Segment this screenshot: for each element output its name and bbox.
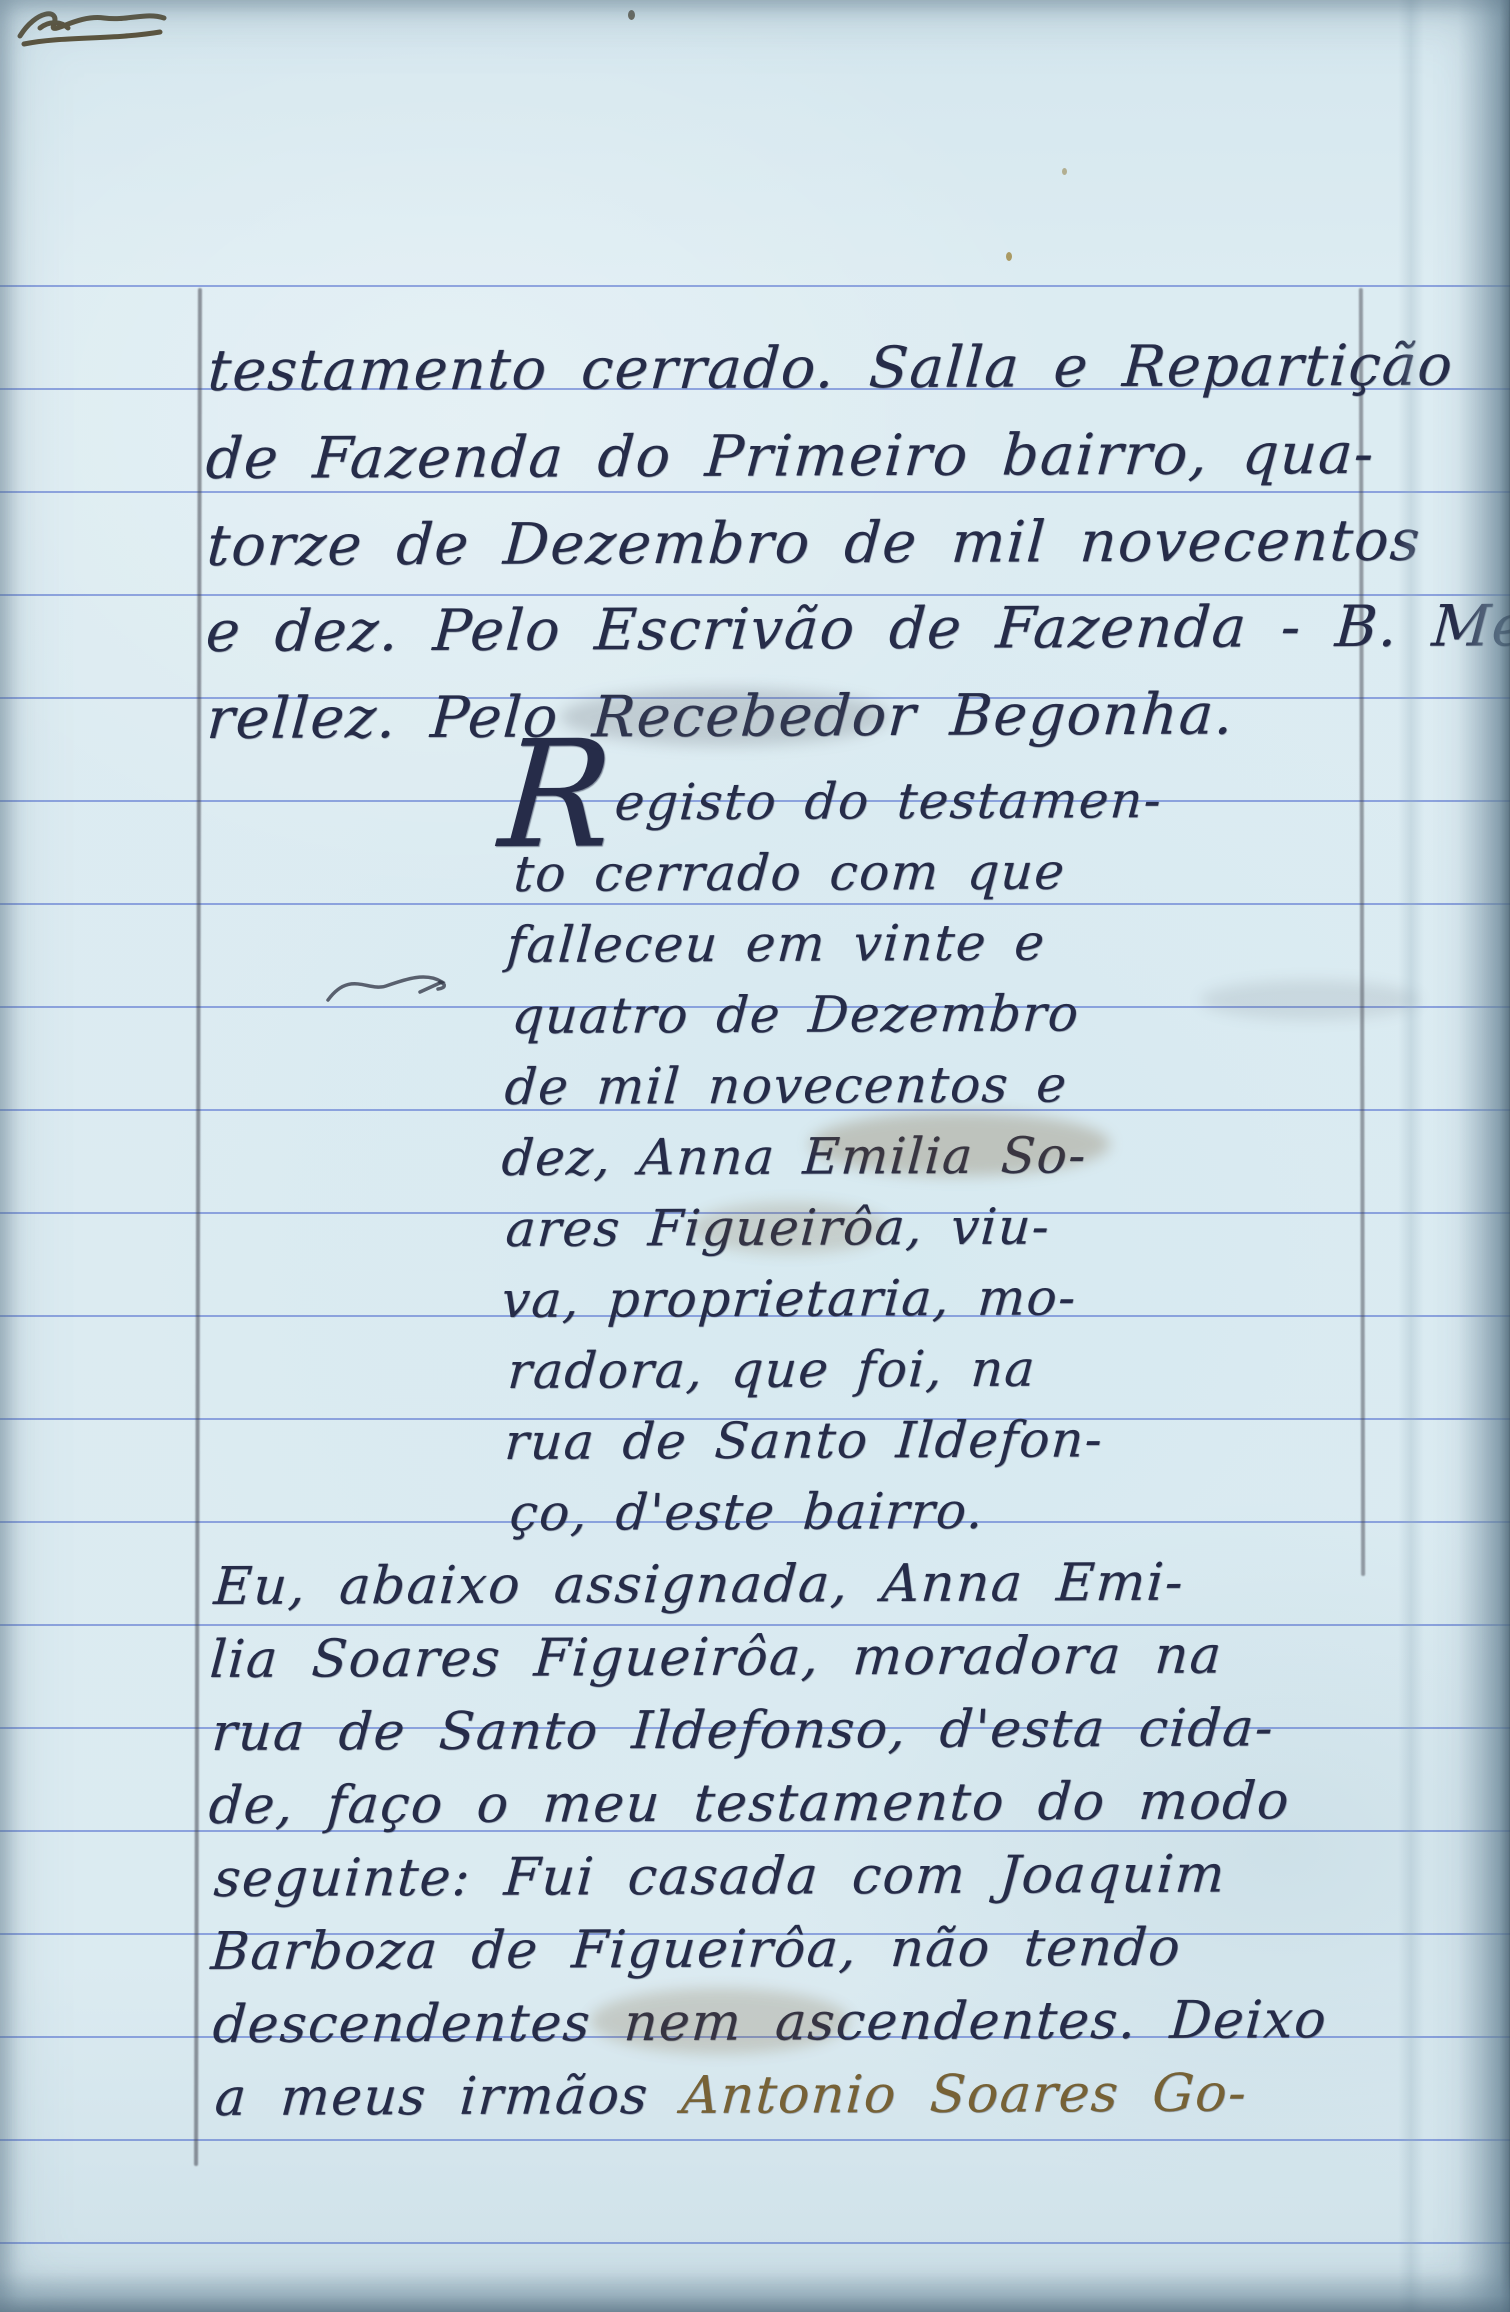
handwritten-line: Eu, abaixo assignada, Anna Emi- [212, 1553, 1186, 1617]
paper-speck [628, 10, 635, 20]
handwritten-line: rua de Santo Ildefon- [503, 1410, 1105, 1471]
margin-line-left [194, 288, 202, 2166]
handwritten-line: rellez. Pelo Recebedor Begonha. [205, 682, 1236, 752]
scanned-notebook-page: { "document": { "type": "handwritten tes… [0, 0, 1510, 2312]
corner-scribble-icon [10, 4, 180, 56]
handwritten-line: e dez. Pelo Escrivão de Fazenda - B. Mei… [204, 593, 1510, 665]
page-edge-bottom [0, 2272, 1510, 2312]
handwritten-line: Registo do testamen- [498, 771, 1164, 832]
paper-speck [1062, 168, 1067, 175]
paper-speck [1006, 252, 1012, 261]
handwritten-line: lia Soares Figueirôa, moradora na [208, 1626, 1224, 1690]
handwritten-line: to cerrado com que [512, 843, 1067, 903]
handwritten-line: a meus irmãos Antonio Soares Go- [213, 2063, 1249, 2128]
handwritten-line: de mil novecentos e [503, 1056, 1070, 1116]
handwritten-line: ço, d'este bairro. [508, 1482, 986, 1542]
paragraph-flourish-icon [322, 958, 452, 1018]
handwritten-line: rua de Santo Ildefonso, d'esta cida- [210, 1698, 1276, 1763]
handwritten-line: de, faço o meu testamento do modo [207, 1771, 1292, 1836]
handwritten-line: ares Figueirôa, viu- [504, 1198, 1052, 1258]
handwritten-line: va, proprietaria, mo- [500, 1268, 1079, 1329]
page-edge-right [1458, 0, 1510, 2312]
handwritten-line: Barboza de Figueirôa, não tendo [209, 1918, 1183, 1982]
handwritten-line: testamento cerrado. Salla e Repartição [206, 333, 1456, 404]
ink-smudge [1200, 980, 1420, 1020]
handwritten-line: falleceu em vinte e [505, 914, 1048, 974]
handwritten-line: quatro de Dezembro [510, 985, 1082, 1045]
handwritten-line: radora, que foi, na [506, 1340, 1038, 1400]
handwritten-line: torze de Dezembro de mil novecentos [205, 508, 1423, 579]
handwritten-line: de Fazenda do Primeiro bairro, qua- [204, 421, 1377, 492]
faded-ink-text: Antonio Soares Go- [680, 2063, 1250, 2125]
handwritten-line: descendentes nem ascendentes. Deixo [211, 1990, 1329, 2055]
handwritten-line: dez, Anna Emilia So- [500, 1126, 1089, 1187]
handwritten-line: seguinte: Fui casada com Joaquim [212, 1845, 1228, 1909]
